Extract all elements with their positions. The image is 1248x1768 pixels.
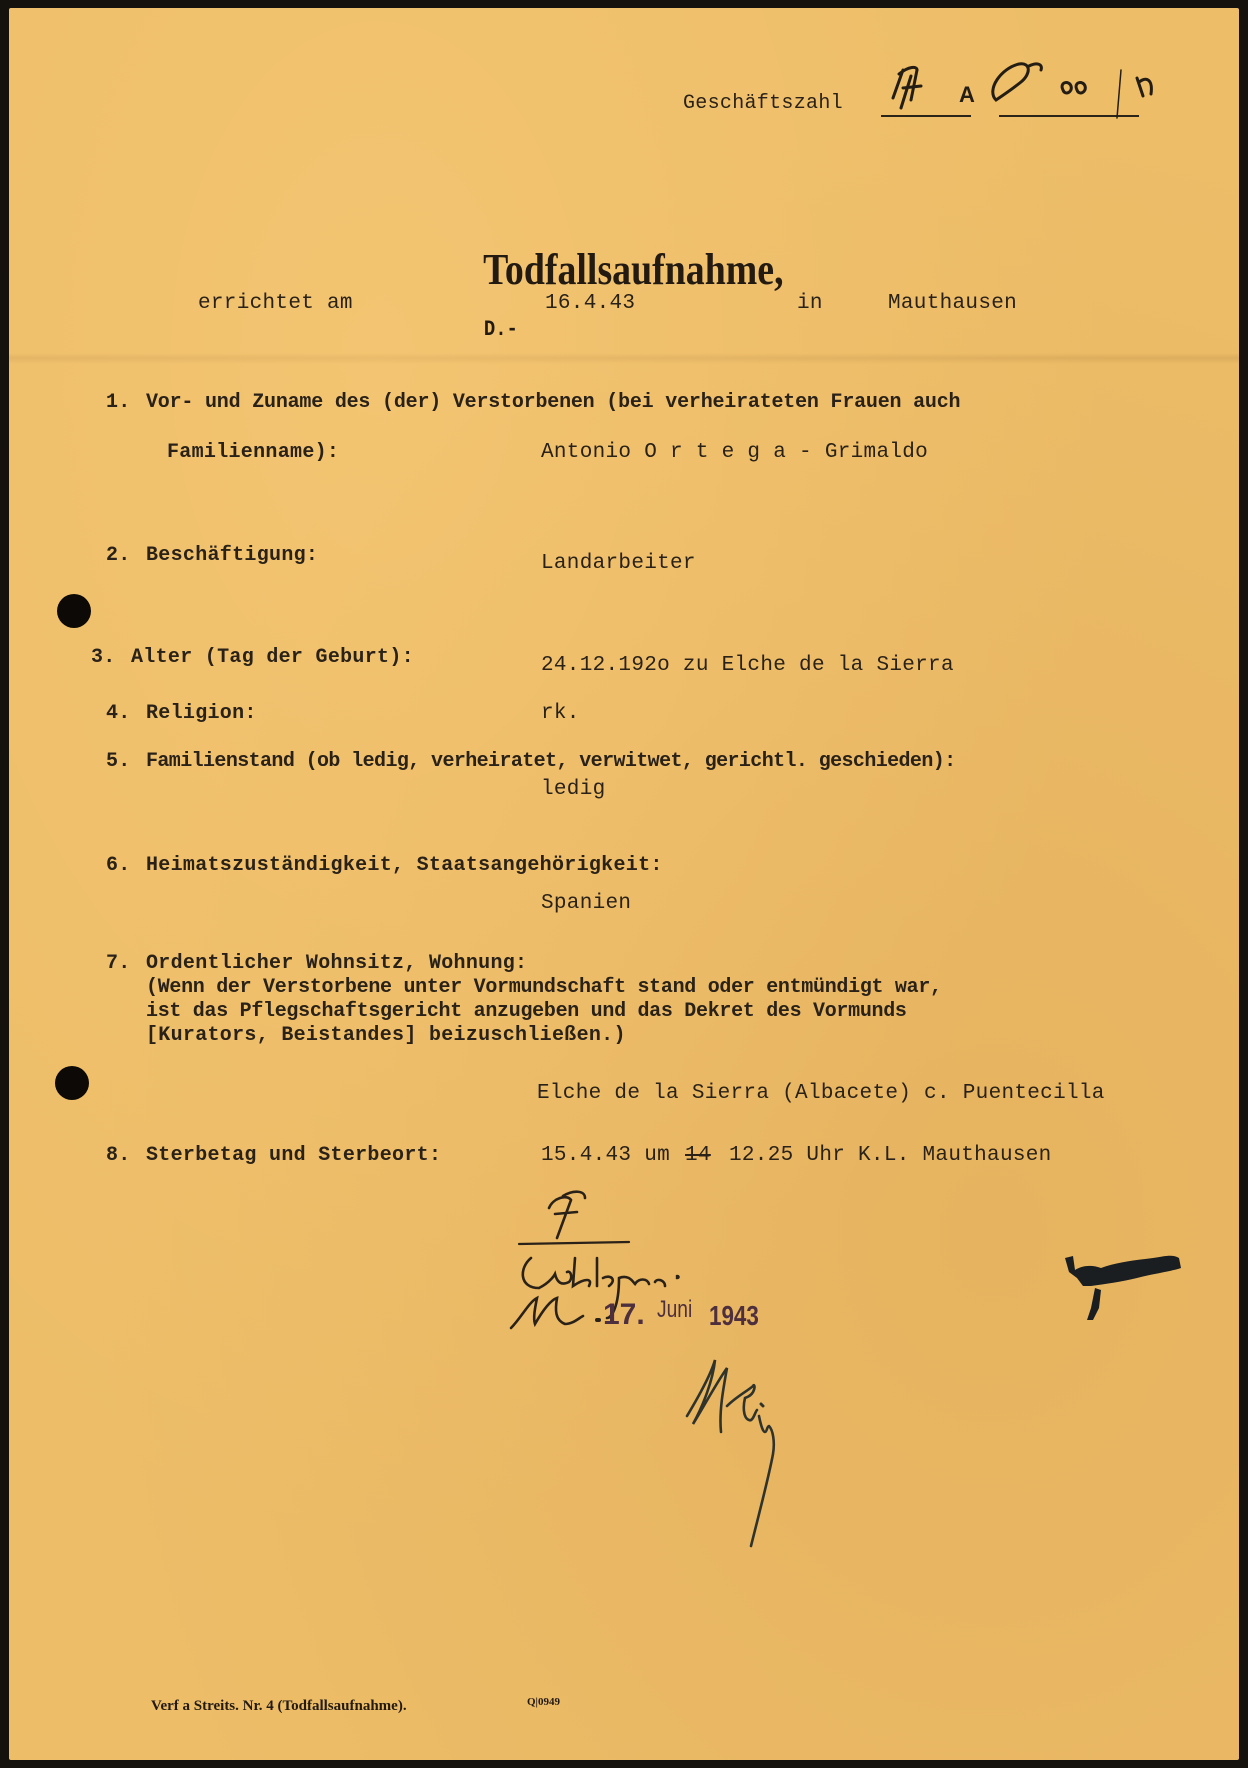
stamp-year: 1943	[709, 1300, 759, 1332]
field-3-number: 3.	[91, 646, 116, 669]
field-1-label: Vor- und Zuname des (der) Verstorbenen (…	[146, 391, 960, 414]
case-number-handwriting: A	[881, 60, 1171, 130]
created-place-label: in	[797, 292, 823, 315]
field-2-number: 2.	[106, 544, 131, 567]
field-6-value: Spanien	[541, 892, 631, 915]
field-4-label: Religion:	[146, 702, 257, 725]
field-4-value: rk.	[541, 702, 580, 725]
field-8-value-rest: 12.25 Uhr K.L. Mauthausen	[729, 1144, 1052, 1167]
field-4-number: 4.	[106, 702, 131, 725]
field-3-label: Alter (Tag der Geburt):	[131, 646, 414, 669]
title-main: Todfallsaufnahme,	[483, 245, 783, 294]
title-suffix: D.-	[484, 317, 518, 342]
field-7-value: Elche de la Sierra (Albacete) c. Puentec…	[537, 1082, 1105, 1105]
punch-hole-top	[57, 594, 91, 628]
created-label: errichtet am	[198, 292, 353, 315]
field-5-number: 5.	[106, 750, 131, 773]
field-7-note-line2: ist das Pflegschaftsgericht anzugeben un…	[146, 1000, 907, 1023]
form-code: Q|0949	[527, 1696, 560, 1708]
field-7-note-line1: (Wenn der Verstorbene unter Vormundschaf…	[146, 976, 942, 999]
field-6-number: 6.	[106, 854, 131, 877]
stamp-month: Juni	[657, 1296, 692, 1324]
field-3-value: 24.12.192o zu Elche de la Sierra	[541, 654, 954, 677]
svg-text:A: A	[959, 82, 975, 107]
signature	[669, 1346, 789, 1556]
document-page: Geschäftszahl A Todfallsaufnahme, D.- er…	[9, 8, 1239, 1760]
stamp-day: 17.	[603, 1298, 645, 1332]
field-8-value-date: 15.4.43 um	[541, 1144, 670, 1167]
field-1-number: 1.	[106, 391, 131, 414]
ink-blot	[1061, 1248, 1201, 1338]
field-2-value: Landarbeiter	[541, 552, 696, 575]
punch-hole-bottom	[55, 1066, 89, 1100]
field-8-value-struck: 14	[685, 1144, 711, 1167]
field-7-label: Ordentlicher Wohnsitz, Wohnung:	[146, 952, 527, 975]
case-number-label: Geschäftszahl	[683, 92, 843, 115]
created-place: Mauthausen	[888, 292, 1017, 315]
field-8-label: Sterbetag und Sterbeort:	[146, 1144, 441, 1167]
field-6-label: Heimatszuständigkeit, Staatsangehörigkei…	[146, 854, 663, 877]
field-5-label: Familienstand (ob ledig, verheiratet, ve…	[146, 750, 956, 773]
form-footer: Verf a Streits. Nr. 4 (Todfallsaufnahme)…	[151, 1698, 407, 1715]
created-date: 16.4.43	[545, 292, 635, 315]
field-5-value: ledig	[541, 778, 606, 801]
field-1-value: Antonio O r t e g a - Grimaldo	[541, 441, 928, 464]
field-8-number: 8.	[106, 1144, 131, 1167]
field-1-label-line2: Familienname):	[167, 441, 339, 464]
field-2-label: Beschäftigung:	[146, 544, 318, 567]
field-7-number: 7.	[106, 952, 131, 975]
field-7-note-line3: [Kurators, Beistandes] beizuschließen.)	[146, 1024, 626, 1047]
